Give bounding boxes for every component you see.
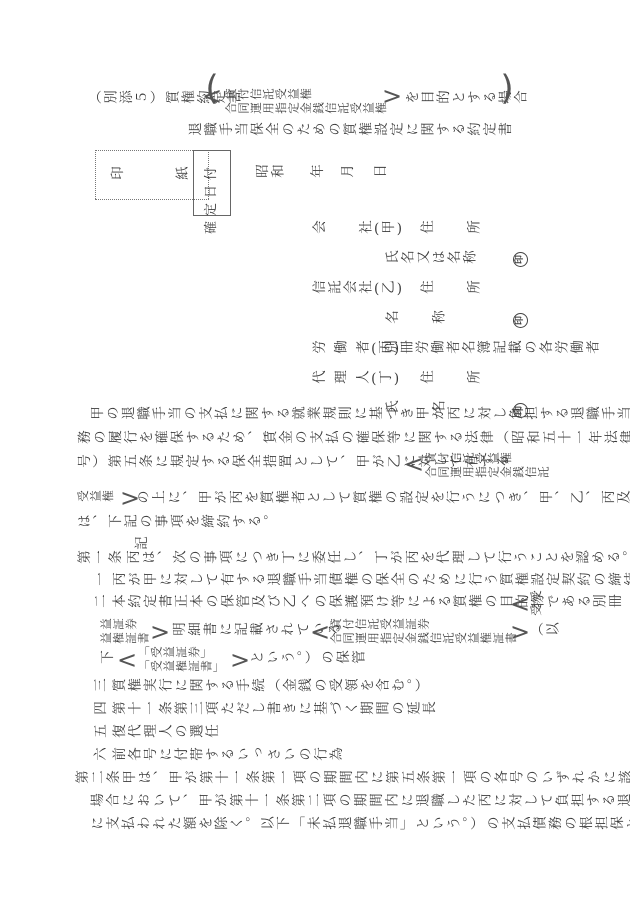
item-2-line2-option2-b: 合同運用指定金銭信託受益権証書 (330, 632, 518, 645)
article-1-text: 丙は、次の事項につき丁に委任し、丁が丙を代理して行うことを認める。 (126, 552, 630, 567)
preamble-option-2: 合同運用指定金銭信託 (425, 466, 550, 479)
item-2-line2-close-chevron: > (150, 620, 170, 644)
item-2-line3-open-chevron: < (117, 648, 137, 672)
item-2-line2-end: （以 (530, 624, 561, 639)
header-option-2: 合同運用指定金銭信託受益権 (225, 102, 388, 115)
article-1-item-5-text: 復代理人の選任 (112, 726, 221, 741)
preamble-line-4: の上に、甲が丙を質権者として質権の設定を行うにつき、甲、乙、丙及び丁 (136, 492, 630, 507)
item-2-line3-option-b: 「受益権証書」 (138, 660, 226, 673)
date-month: 月 (340, 166, 356, 181)
item-2-line2-option-b: 益権証書 (100, 632, 150, 645)
party-b-name-label: 名 称 (385, 312, 447, 327)
item-2-line3-start: 下 (100, 652, 116, 667)
preamble-option-1: 貸付信託受益権 (425, 452, 513, 465)
item-2-line2-option2-a: 貸付信託受益証券 (330, 618, 430, 631)
revenue-stamp-label-2: 紙 (175, 168, 191, 183)
article-1-item-5-num: 五 (93, 726, 109, 741)
article-1-item-4-num: 四 (93, 703, 109, 718)
article-1-item-3-num: 三 (93, 680, 109, 695)
item-2-line2-open-chevron: < (310, 620, 330, 644)
item-2-line3-end: という。）の保管 (250, 652, 367, 667)
item-2-line3-close-chevron: > (230, 648, 250, 672)
date-era: 昭和 (255, 166, 286, 181)
party-a-address-label: 住 所 (420, 222, 482, 237)
party-b-address-label: 住 所 (420, 282, 482, 297)
preamble-line-5: は、下記の事項を締約する。 (77, 516, 279, 531)
preamble-line-2: 務の履行を確保するため、賃金の支払の確保等に関する法律（昭和五十一年法律第三十四 (77, 432, 630, 447)
party-d-address-label: 住 所 (420, 372, 482, 387)
article-2-line-3: に支払われた額を除く。以下「未払退職手当」という。）の支払債務の根担保として、 (90, 818, 630, 833)
item-2-line3-option-a: 「受益証券」 (138, 646, 213, 659)
article-1-heading: 第一条 (77, 552, 124, 567)
party-a-role: 会 社(甲) (312, 222, 404, 237)
article-1-item-6-num: 六 (93, 749, 109, 764)
close-chevron: > (382, 84, 402, 108)
article-1-item-1-num: 一 (93, 574, 109, 589)
party-a-seal-icon: 印 (513, 252, 528, 267)
article-2-line-1: 甲は、甲が第十一条第一項の期間内に第五条第一項の各号のいずれかに該当した (122, 772, 630, 787)
preamble-line-4-start: 受益権 (77, 490, 115, 503)
preamble-line-1: 甲の退職手当の支払に関する就業規則に基づき甲が丙に対し負担する退職手当の支払債 (90, 408, 630, 423)
certified-date-text: 確定日付 (200, 162, 219, 234)
item-2-open-chevron: < (510, 592, 530, 616)
party-b-role: 信託会社(乙) (312, 282, 404, 297)
document-title: 退職手当保全のための質権設定に関する約定書 (188, 124, 514, 139)
article-1-item-2-text: 本約定書正本の保管及び乙への保護預け等による質権の目的物である別冊 (112, 596, 624, 611)
article-1-item-4-text: 第十一条第三項ただし書きに基づく期間の延長 (112, 703, 438, 718)
document-page: （別添５）質権約定書 ( < 貸付信託受益権 合同運用指定金銭信託受益権 > を… (0, 0, 630, 916)
header-option-1: 貸付信託受益権 (225, 88, 313, 101)
article-2-heading: 第二条 (75, 772, 122, 787)
party-d-role: 代 理 人(丁) (312, 372, 401, 387)
party-c-description: 別冊労働者名簿記載の各労働者 (384, 342, 601, 357)
article-1-item-6-text: 前各号に付帯するいっさいの行為 (112, 749, 345, 764)
item-2-line2-close-chevron-2: > (510, 620, 530, 644)
date-year: 年 (310, 166, 326, 181)
open-chevron: < (202, 84, 222, 108)
party-a-name-label: 氏名又は名称 (385, 252, 478, 267)
article-1-item-1-text: 丙が甲に対して有する退職手当債権の保全のために行う質権設定契約の締結 (112, 574, 630, 589)
article-1-item-3-text: 質権実行に関する手続（金銭の受領を含む。） (112, 680, 431, 695)
article-2-line-2: 場合において、甲が第十一条第二項の期間内に退職した丙に対して負担する退職手当（既 (90, 795, 630, 810)
close-paren: ) (500, 72, 513, 106)
item-2-option-b: 受 (530, 604, 543, 617)
item-2-line2-option-a: 益証券 (100, 618, 138, 631)
date-day: 日 (373, 166, 389, 181)
article-1-item-2-num: 二 (93, 596, 109, 611)
party-b-seal-icon: 印 (513, 313, 528, 328)
revenue-stamp-label-1: 印 (110, 168, 126, 183)
item-2-option-a: 受 (530, 590, 543, 603)
preamble-open-chevron: < (404, 452, 424, 476)
